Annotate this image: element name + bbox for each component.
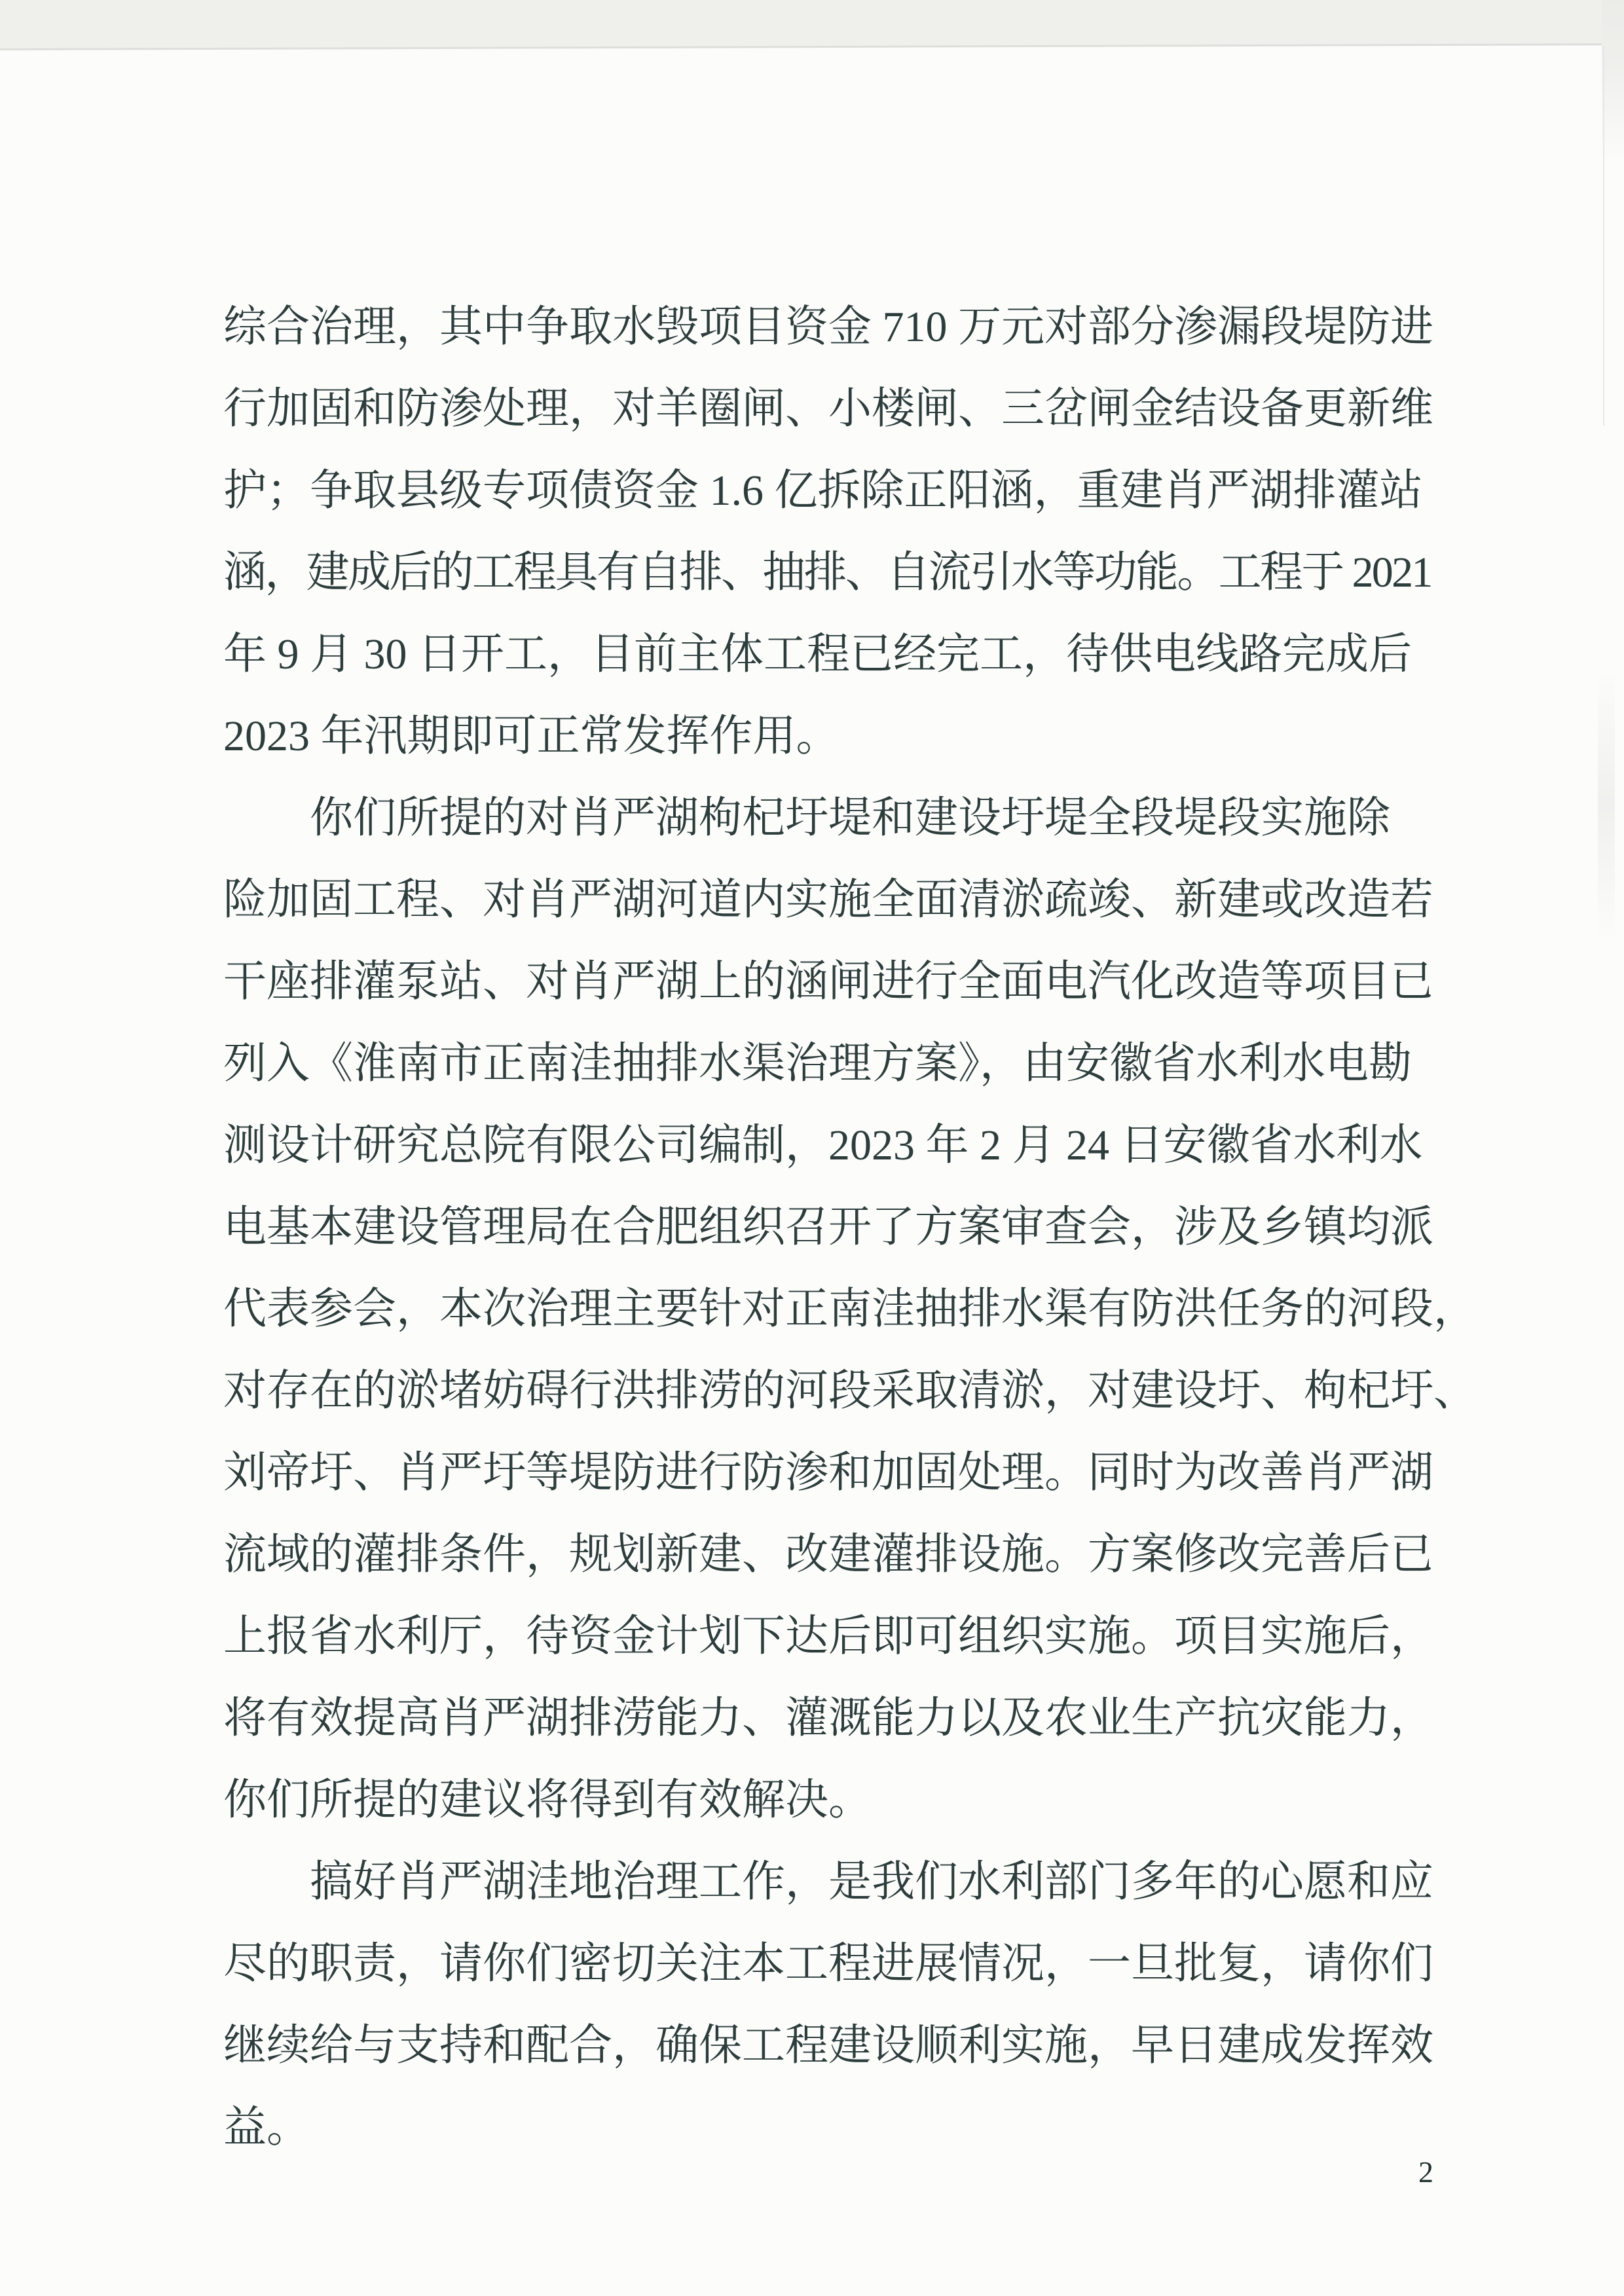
text-line: 搞好肖严湖洼地治理工作，是我们水利部门多年的心愿和应 (223, 1841, 1433, 1923)
text-line: 护；争取县级专项债资金 1.6 亿拆除正阳涵，重建肖严湖排灌站 (223, 450, 1433, 532)
text-line: 继续给与支持和配合，确保工程建设顺利实施，早日建成发挥效 (223, 2005, 1433, 2086)
document-body-text: 综合治理，其中争取水毁项目资金 710 万元对部分渗漏段堤防进行加固和防渗处理，… (223, 286, 1433, 2168)
text-line: 年 9 月 30 日开工，目前主体工程已经完工，待供电线路完成后 (223, 613, 1433, 695)
text-line: 涵，建成后的工程具有自排、抽排、自流引水等功能。工程于 2021 (223, 532, 1433, 613)
page-number: 2 (1418, 2155, 1433, 2189)
text-line: 流域的灌排条件，规划新建、改建灌排设施。方案修改完善后已 (223, 1514, 1433, 1595)
scan-right-smudge (1598, 668, 1615, 943)
text-line: 综合治理，其中争取水毁项目资金 710 万元对部分渗漏段堤防进 (223, 286, 1433, 368)
text-line: 干座排灌泵站、对肖严湖上的涵闸进行全面电汽化改造等项目已 (223, 941, 1433, 1023)
text-line: 测设计研究总院有限公司编制，2023 年 2 月 24 日安徽省水利水 (223, 1104, 1433, 1186)
text-line: 尽的职责，请你们密切关注本工程进展情况，一旦批复，请你们 (223, 1923, 1433, 2005)
text-line: 你们所提的建议将得到有效解决。 (223, 1759, 1433, 1841)
text-line: 险加固工程、对肖严湖河道内实施全面清淤疏竣、新建或改造若 (223, 859, 1433, 941)
text-line: 行加固和防渗处理，对羊圈闸、小楼闸、三岔闸金结设备更新维 (223, 368, 1433, 450)
text-line: 电基本建设管理局在合肥组织召开了方案审查会，涉及乡镇均派 (223, 1186, 1433, 1268)
text-line: 刘帝圩、肖严圩等堤防进行防渗和加固处理。同时为改善肖严湖 (223, 1432, 1433, 1514)
text-line: 列入《淮南市正南洼抽排水渠治理方案》，由安徽省水利水电勘 (223, 1023, 1433, 1104)
text-line: 你们所提的对肖严湖枸杞圩堤和建设圩堤全段堤段实施除 (223, 777, 1433, 859)
text-line: 益。 (223, 2086, 1433, 2168)
scan-top-edge (0, 0, 1624, 50)
text-line: 上报省水利厅，待资金计划下达后即可组织实施。项目实施后， (223, 1595, 1433, 1677)
scanned-page: 综合治理，其中争取水毁项目资金 710 万元对部分渗漏段堤防进行加固和防渗处理，… (0, 0, 1624, 2296)
text-line: 对存在的淤堵妨碍行洪排涝的河段采取清淤，对建设圩、枸杞圩、 (223, 1350, 1433, 1432)
text-line: 2023 年汛期即可正常发挥作用。 (223, 695, 1433, 777)
scan-top-right-corner (1602, 0, 1624, 164)
text-line: 将有效提高肖严湖排涝能力、灌溉能力以及农业生产抗灾能力， (223, 1677, 1433, 1759)
text-line: 代表参会，本次治理主要针对正南洼抽排水渠有防洪任务的河段， (223, 1268, 1433, 1350)
scan-right-edge-line (1603, 46, 1604, 426)
